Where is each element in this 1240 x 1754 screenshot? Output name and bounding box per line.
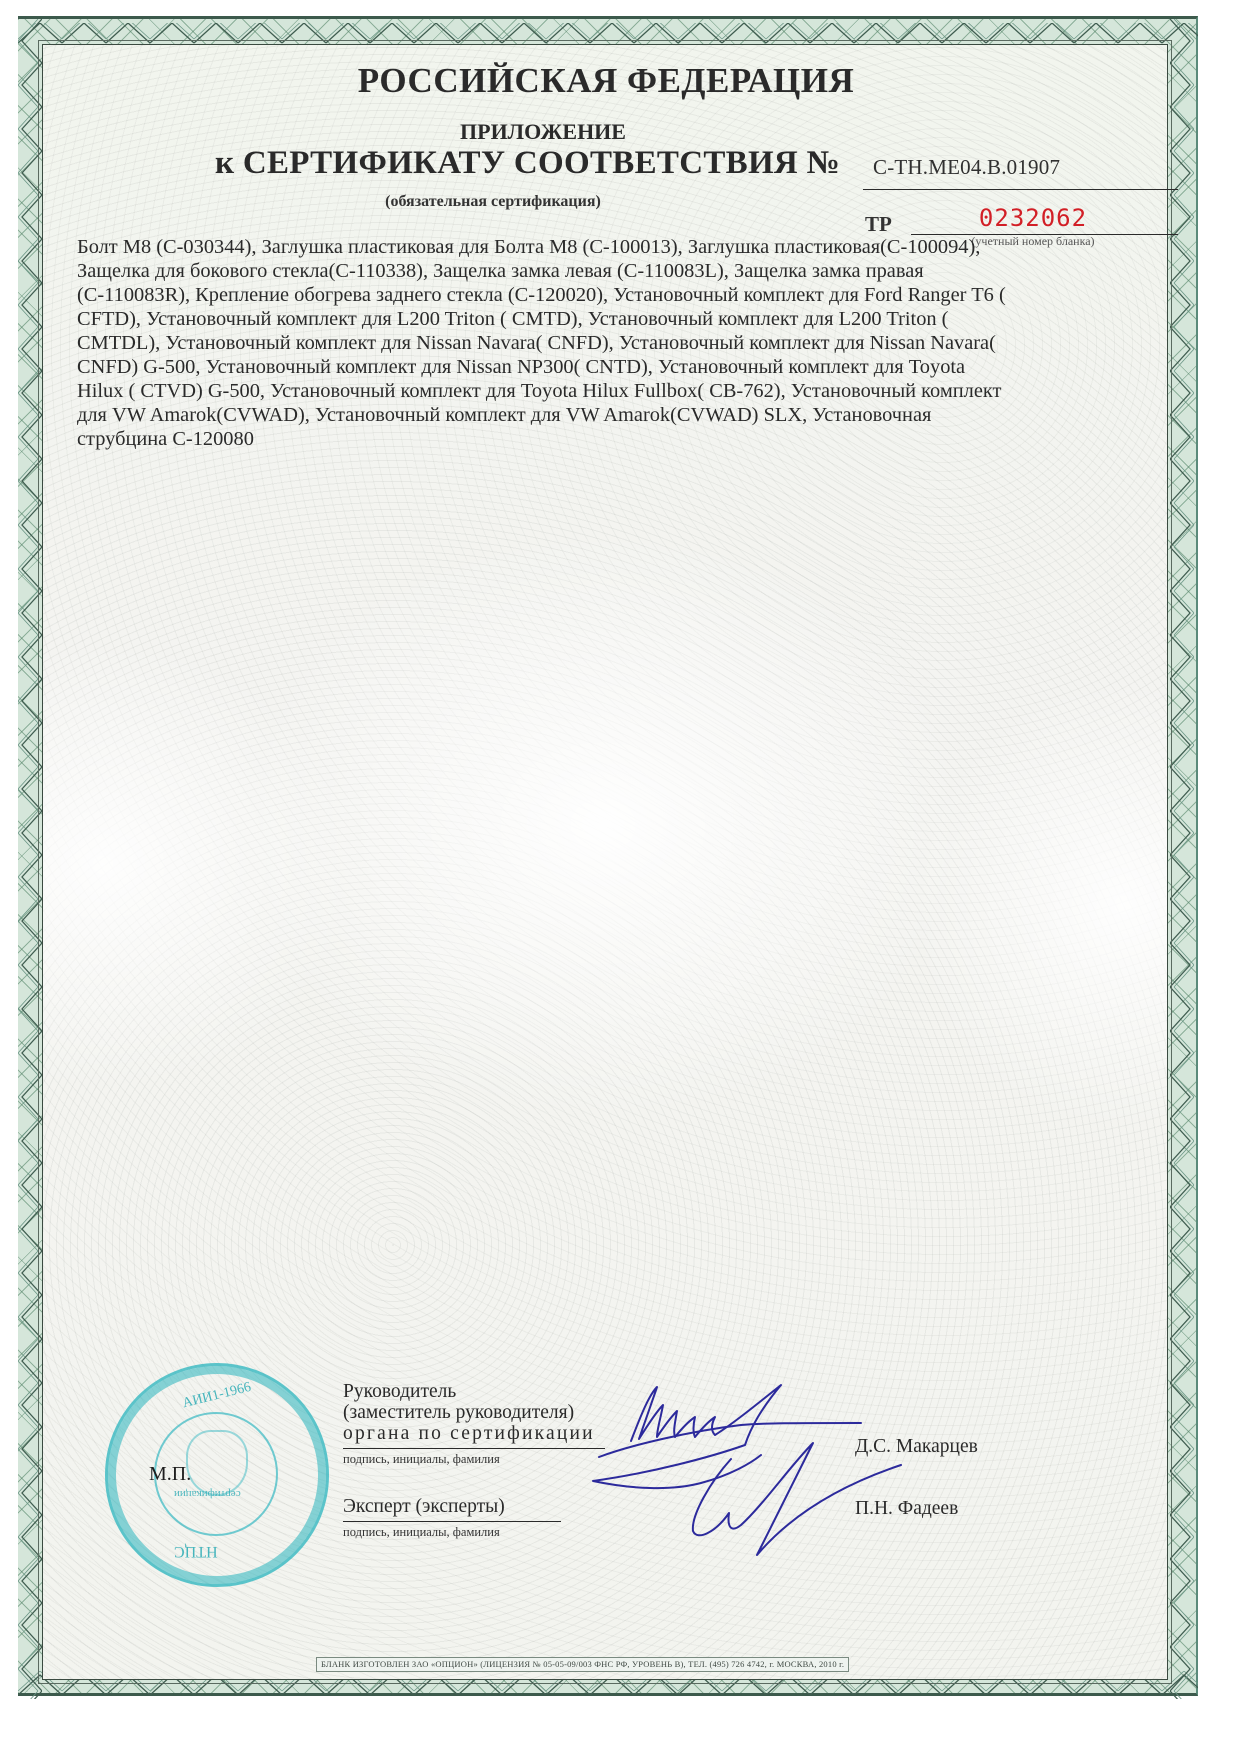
signature-head-strike: [599, 1423, 861, 1457]
signature-expert: [693, 1443, 901, 1555]
stamp-text-bottom: НТЦС: [174, 1542, 218, 1560]
official-seal-stamp: АИИ1-1966 сертификации НТЦС: [105, 1363, 329, 1587]
signature-head: [593, 1385, 781, 1488]
certification-type: (обязательная сертификация): [43, 193, 943, 211]
head-signature-caption: подпись, инициалы, фамилия: [343, 1452, 500, 1467]
expert-signature-line: [343, 1521, 561, 1522]
appendix-heading: ПРИЛОЖЕНИЕ: [43, 119, 1043, 145]
certificate-title: к СЕРТИФИКАТУ СООТВЕТСТВИЯ №: [215, 145, 840, 182]
handwritten-signatures: [591, 1365, 921, 1575]
certificate-number: С-TH.ME04.B.01907: [873, 155, 1060, 180]
head-of-body-label: Руководитель (заместитель руководителя) …: [343, 1381, 595, 1444]
printer-footer-note: БЛАНК ИЗГОТОВЛЕН ЗАО «ОПЦИОН» (ЛИЦЕНЗИЯ …: [316, 1657, 849, 1672]
head-label-line2: (заместитель руководителя): [343, 1402, 595, 1423]
country-heading: РОССИЙСКАЯ ФЕДЕРАЦИЯ: [43, 61, 1169, 101]
certificate-body: РОССИЙСКАЯ ФЕДЕРАЦИЯ ПРИЛОЖЕНИЕ к СЕРТИФ…: [42, 44, 1168, 1680]
form-serial-number: 0232062: [943, 204, 1123, 232]
stamp-text-inner: сертификации: [174, 1488, 241, 1500]
head-label-line3: органа по сертификации: [343, 1423, 595, 1444]
stamp-text-year: АИИ1-1966: [181, 1380, 253, 1412]
head-signature-line: [343, 1448, 605, 1449]
products-list: Болт М8 (С-030344), Заглушка пластиковая…: [77, 235, 1162, 451]
coat-of-arms-icon: [186, 1430, 248, 1496]
certificate-number-underline: [863, 189, 1178, 190]
tp-label: ТР: [865, 212, 892, 237]
seal-place-label: М.П.: [149, 1463, 191, 1486]
expert-signature-caption: подпись, инициалы, фамилия: [343, 1525, 500, 1540]
head-label-line1: Руководитель: [343, 1381, 595, 1402]
expert-label: Эксперт (эксперты): [343, 1496, 505, 1518]
